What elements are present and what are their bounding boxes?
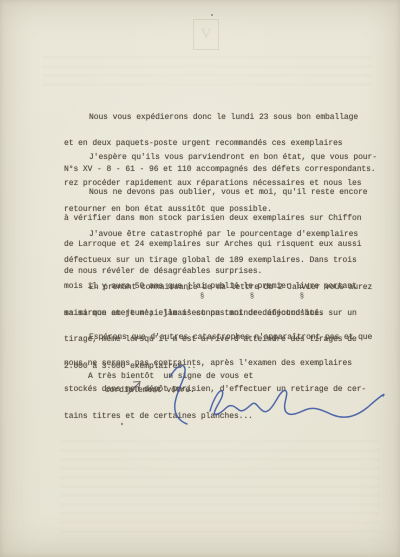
section-mark: § [200, 293, 204, 301]
typed-line: tains titres et de certaines planches... [64, 413, 372, 422]
section-mark: § [250, 293, 254, 301]
closing-line: cordialement vôtre. [64, 369, 195, 413]
paper-watermark: V [193, 19, 219, 50]
typed-line: J'avoue être catastrophé par le pourcent… [64, 231, 358, 240]
typed-line: Nous ne devons pas oublier, vous et moi,… [64, 189, 368, 198]
typed-line: défectueux sur un tirage global de 189 e… [64, 257, 358, 266]
typed-line: Espérons que d'autres catastrophes n'app… [64, 334, 372, 343]
typed-line: cordialement vôtre. [105, 387, 195, 396]
typed-line: En prenant connaissance de ma lettre du … [64, 284, 372, 293]
scan-speck [211, 14, 213, 16]
typed-line: J'espère qu'ils vous parviendront en bon… [64, 154, 377, 163]
typed-line: Nous vous expédierons donc le lundi 23 s… [64, 114, 376, 123]
section-mark: § [300, 293, 304, 301]
section-marks: § § § [200, 293, 304, 301]
